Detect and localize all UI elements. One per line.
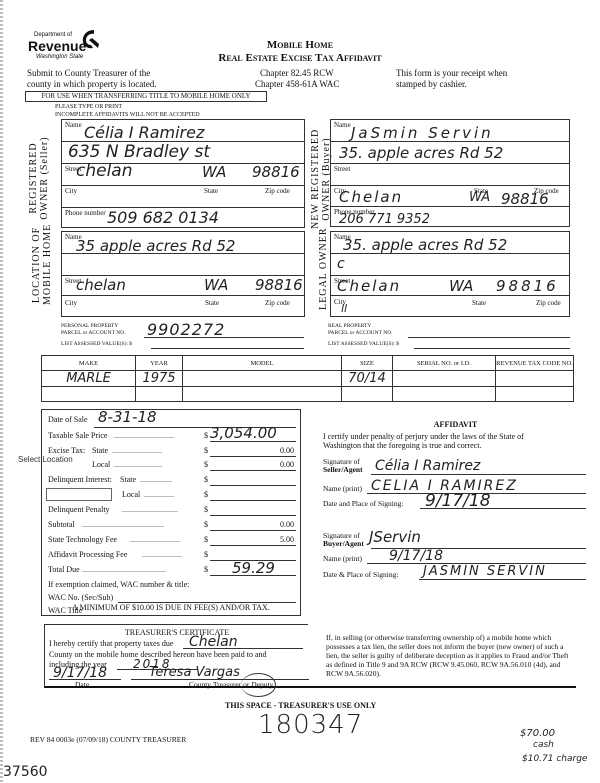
receipt-note-line1: This form is your receipt when (396, 68, 507, 78)
buyer-box: Name JaSmin Servin 35. apple acres Rd 52… (330, 119, 570, 227)
location-section-label-2: MOBILE HOME (42, 225, 53, 305)
notice-box: FOR USE WHEN TRANSFERRING TITLE TO MOBIL… (25, 91, 267, 102)
seller-address-line[interactable]: 635 N Bradley st (68, 142, 210, 162)
dollar-sign: $ (204, 505, 208, 514)
treasurer-use-label: THIS SPACE - TREASURER'S USE ONLY (225, 701, 376, 710)
location-address-field[interactable]: 35 apple acres Rd 52 (76, 237, 235, 255)
serial-field[interactable] (393, 371, 496, 387)
seller-state-field[interactable]: WA (202, 163, 226, 181)
buyer-date-label: Date & Place of Signing: (323, 570, 398, 579)
subtotal-label: Subtotal (48, 520, 75, 529)
personal-property-label: PERSONAL PROPERTY (61, 323, 118, 329)
buyer-name-print-label: Name (print) (323, 554, 362, 563)
receipt-note-line2: stamped by cashier. (396, 79, 467, 89)
personal-property-section: PERSONAL PROPERTY PARCEL or ACCOUNT NO. … (61, 323, 306, 355)
dollar-sign: $ (204, 550, 208, 559)
model-field[interactable] (183, 371, 342, 387)
payment-note-amount: $70.00 (520, 728, 555, 739)
seller-name-print-label: Name (print) (323, 484, 362, 493)
seller-zip-label: Zip code (265, 187, 290, 195)
buyer-signature-field[interactable]: JServin (369, 528, 421, 546)
wac-title-field[interactable] (82, 615, 296, 616)
treasurer-signature-field[interactable]: Teresa Vargas (149, 665, 240, 680)
please-type-note: PLEASE TYPE OR PRINT (55, 103, 122, 111)
payment-note-charge: $10.71 charge (522, 754, 587, 764)
year-field-2[interactable] (136, 387, 183, 402)
make-field-2[interactable] (42, 387, 136, 402)
location-state-label: State (205, 299, 219, 307)
delinquent-penalty-field[interactable] (210, 515, 296, 516)
delinquent-local-field[interactable] (210, 500, 296, 501)
seller-box: Name Célia I Ramirez 635 N Bradley st St… (61, 119, 305, 228)
revenue-code-field-2[interactable] (496, 387, 574, 402)
seller-name-field[interactable]: Célia I Ramirez (84, 123, 204, 142)
excise-tax-label: Excise Tax: (48, 446, 85, 455)
logo-line3: Washington State (36, 54, 83, 60)
seller-date-field[interactable]: 9/17/18 (425, 491, 491, 511)
location-section-label-1: LOCATION OF (31, 225, 42, 305)
affidavit-text-line1: I certify under penalty of perjury under… (323, 432, 524, 441)
seller-signature-label2: Seller/Agent (323, 465, 363, 474)
notice-text: FOR USE WHEN TRANSFERRING TITLE TO MOBIL… (41, 92, 250, 100)
wac-no-label: WAC No. (Sec/Sub) (48, 593, 113, 602)
seller-city-field[interactable]: chelan (76, 161, 133, 181)
real-property-section: REAL PROPERTY PARCEL or ACCOUNT NO. LIST… (328, 323, 573, 355)
delinquent-penalty-label: Delinquent Penalty (48, 505, 110, 514)
mobile-home-table: MAKE YEAR MODEL SIZE SERIAL NO. or I.D. … (41, 355, 574, 402)
real-assessed-field[interactable] (414, 348, 570, 349)
personal-parcel-label: PARCEL or ACCOUNT NO. (61, 330, 126, 336)
excise-local-field[interactable]: 0.00 (280, 460, 294, 469)
dollar-sign: $ (204, 460, 208, 469)
legal-state-label: State (472, 299, 486, 307)
legal-owner-section-label-text: LEGAL OWNER (318, 230, 329, 310)
header-make: MAKE (42, 356, 136, 371)
excise-state-label: State (92, 446, 108, 455)
seller-section-label-2: OWNER (Seller) (39, 128, 50, 228)
tech-fee-field[interactable]: 5.00 (280, 535, 294, 544)
location-state-field[interactable]: WA (204, 276, 228, 294)
submit-note-line1: Submit to County Treasurer of the (27, 68, 150, 78)
form-title-line1: Mobile Home (230, 39, 370, 51)
seller-zip-field[interactable]: 98816 (252, 163, 300, 181)
buyer-state-field[interactable]: WA (469, 190, 490, 205)
date-of-sale-label: Date of Sale (48, 415, 88, 424)
header-year: YEAR (136, 356, 183, 371)
seller-signature-field[interactable]: Célia I Ramirez (375, 458, 480, 474)
real-assessed-label: LIST ASSESSED VALUE(S): $ (328, 341, 399, 347)
seller-section-label-1: REGISTERED (28, 128, 39, 228)
seller-state-label: State (204, 187, 218, 195)
buyer-address-line[interactable]: 35. apple acres Rd 52 (339, 144, 503, 162)
dor-logo: Department of Revenue Washington State (28, 32, 108, 64)
model-field-2[interactable] (183, 387, 342, 402)
size-field-2[interactable] (342, 387, 393, 402)
legal-street-mark[interactable]: c (337, 256, 345, 272)
treasurer-line1: I hereby certify that property taxes due (49, 639, 173, 648)
location-box: Name 35 apple acres Rd 52 Street chelan … (61, 231, 305, 317)
personal-assessed-label: LIST ASSESSED VALUE(S): $ (61, 341, 132, 347)
form-id: REV 84 0003e (07/09/18) COUNTY TREASURER (30, 735, 186, 744)
total-due-field[interactable]: 59.29 (232, 559, 275, 577)
treasurer-county-field[interactable]: Chelan (189, 634, 238, 650)
serial-field-2[interactable] (393, 387, 496, 402)
table-row (42, 387, 574, 402)
seller-phone-field[interactable]: 509 682 0134 (107, 208, 219, 227)
legal-state-field[interactable]: WA (449, 277, 473, 295)
delinquent-state-field[interactable] (210, 485, 296, 486)
dollar-sign: $ (204, 431, 208, 440)
buyer-phone-field[interactable]: 206 771 9352 (339, 212, 430, 227)
table-row: MARLE 1975 70/14 (42, 371, 574, 387)
submit-note-line2: county in which property is located. (27, 79, 156, 89)
legal-owner-section-label: LEGAL OWNER (318, 230, 330, 310)
taxable-price-label: Taxable Sale Price (48, 431, 107, 440)
seller-city-label: City (65, 187, 77, 195)
affidavit-title: AFFIDAVIT (323, 420, 588, 429)
dollar-sign: $ (204, 565, 208, 574)
location-section-label: LOCATION OF MOBILE HOME (31, 225, 55, 305)
table-header-row: MAKE YEAR MODEL SIZE SERIAL NO. or I.D. … (42, 356, 574, 371)
taxable-price-field[interactable]: 3,054.00 (210, 424, 277, 442)
location-city-label: City (65, 299, 77, 307)
header-serial: SERIAL NO. or I.D. (393, 356, 496, 371)
header-model: MODEL (183, 356, 342, 371)
payment-note-method: cash (533, 740, 554, 750)
seller-section-label: REGISTERED OWNER (Seller) (28, 128, 52, 228)
legal-owner-box: Name 35. apple acres Rd 52 c Street Chel… (330, 231, 570, 317)
personal-parcel-field[interactable]: 9902272 (147, 320, 225, 339)
dollar-sign: $ (204, 475, 208, 484)
dollar-sign: $ (204, 490, 208, 499)
buyer-street-label: Street (334, 165, 350, 173)
header-revenue-code: REVENUE TAX CODE NO. (496, 356, 574, 371)
deputy-circle-mark (241, 673, 276, 697)
buyer-section-label-1: NEW REGISTERED (310, 129, 321, 229)
treasurer-date-label: Date (75, 680, 89, 689)
logo-line2: Revenue (28, 38, 86, 54)
real-parcel-field[interactable] (408, 337, 570, 338)
real-property-label: REAL PROPERTY (328, 323, 371, 329)
tech-fee-label: State Technology Fee (48, 535, 117, 544)
margin-number: 37560 (3, 764, 48, 780)
tax-lien-warning: If, in selling (or otherwise transferrin… (326, 633, 576, 678)
location-zip-label: Zip code (265, 299, 290, 307)
legal-city-field[interactable]: Chelan (337, 277, 401, 295)
real-parcel-label: PARCEL or ACCOUNT NO. (328, 330, 393, 336)
delinquent-state-label: State (120, 475, 136, 484)
dollar-sign: $ (204, 446, 208, 455)
buyer-date-field[interactable]: JASMIN SERVIN (423, 564, 547, 579)
affidavit-fee-label: Affidavit Processing Fee (48, 550, 127, 559)
delinquent-interest-label: Delinquent Interest: (48, 475, 112, 484)
buyer-name-print-field[interactable]: 9/17/18 (389, 548, 443, 564)
personal-assessed-field[interactable] (151, 348, 304, 349)
buyer-city-field[interactable]: Chelan (339, 188, 403, 206)
buyer-name-label: Name (334, 121, 351, 129)
tax-calculation-box: Date of Sale 8-31-18 Taxable Sale Price … (41, 409, 301, 616)
excise-local-label: Local (92, 460, 110, 469)
excise-state-field[interactable]: 0.00 (280, 446, 294, 455)
seller-name-label: Name (65, 121, 82, 129)
location-city-field[interactable]: chelan (76, 276, 126, 294)
minimum-fee-note: A MINIMUM OF $10.00 IS DUE IN FEE(S) AND… (41, 603, 301, 612)
affidavit-section: AFFIDAVIT I certify under penalty of per… (323, 420, 588, 600)
buyer-name-field[interactable]: JaSmin Servin (351, 124, 494, 142)
warning-box-line (308, 686, 576, 688)
size-field[interactable]: 70/14 (342, 371, 393, 387)
treasurer-certificate-box: TREASURER'S CERTIFICATE I hereby certify… (44, 624, 308, 688)
delinquent-local-label: Local (122, 490, 140, 499)
incomplete-note: INCOMPLETE AFFIDAVITS WILL NOT BE ACCEPT… (55, 111, 200, 119)
chapter-wac: Chapter 458-61A WAC (255, 79, 339, 89)
select-location-label: Select Location (18, 455, 73, 464)
buyer-zip-field[interactable]: 98816 (501, 190, 549, 208)
date-of-sale-field[interactable]: 8-31-18 (98, 408, 157, 426)
treasurer-certificate-title: TREASURER'S CERTIFICATE (45, 628, 309, 637)
year-field[interactable]: 1975 (136, 371, 183, 387)
location-select-box[interactable] (46, 488, 112, 501)
chapter-rcw: Chapter 82.45 RCW (260, 68, 334, 78)
seller-phone-label: Phone number (65, 209, 106, 217)
make-field[interactable]: MARLE (42, 371, 136, 387)
subtotal-field[interactable]: 0.00 (280, 520, 294, 529)
buyer-signature-label2: Buyer/Agent (323, 539, 364, 548)
total-due-label: Total Due (48, 565, 80, 574)
legal-name-field[interactable]: 35. apple acres Rd 52 (343, 236, 507, 254)
dollar-sign: $ (204, 520, 208, 529)
receipt-number: 180347 (258, 710, 363, 740)
legal-zip-field[interactable]: 98816 (496, 277, 559, 295)
dor-swoosh-logo-icon (80, 28, 100, 50)
legal-extra-mark: ll (341, 302, 347, 315)
dollar-sign: $ (204, 535, 208, 544)
affidavit-text-line2: Washington that the foregoing is true an… (323, 441, 481, 450)
exemption-label: If exemption claimed, WAC number & title… (48, 580, 189, 589)
revenue-code-field[interactable] (496, 371, 574, 387)
legal-zip-label: Zip code (536, 299, 561, 307)
seller-date-label: Date and Place of Signing: (323, 499, 403, 508)
header-size: SIZE (342, 356, 393, 371)
location-zip-field[interactable]: 98816 (255, 276, 303, 294)
form-title-line2: Real Estate Excise Tax Affidavit (175, 52, 425, 64)
scan-edge (0, 0, 3, 783)
